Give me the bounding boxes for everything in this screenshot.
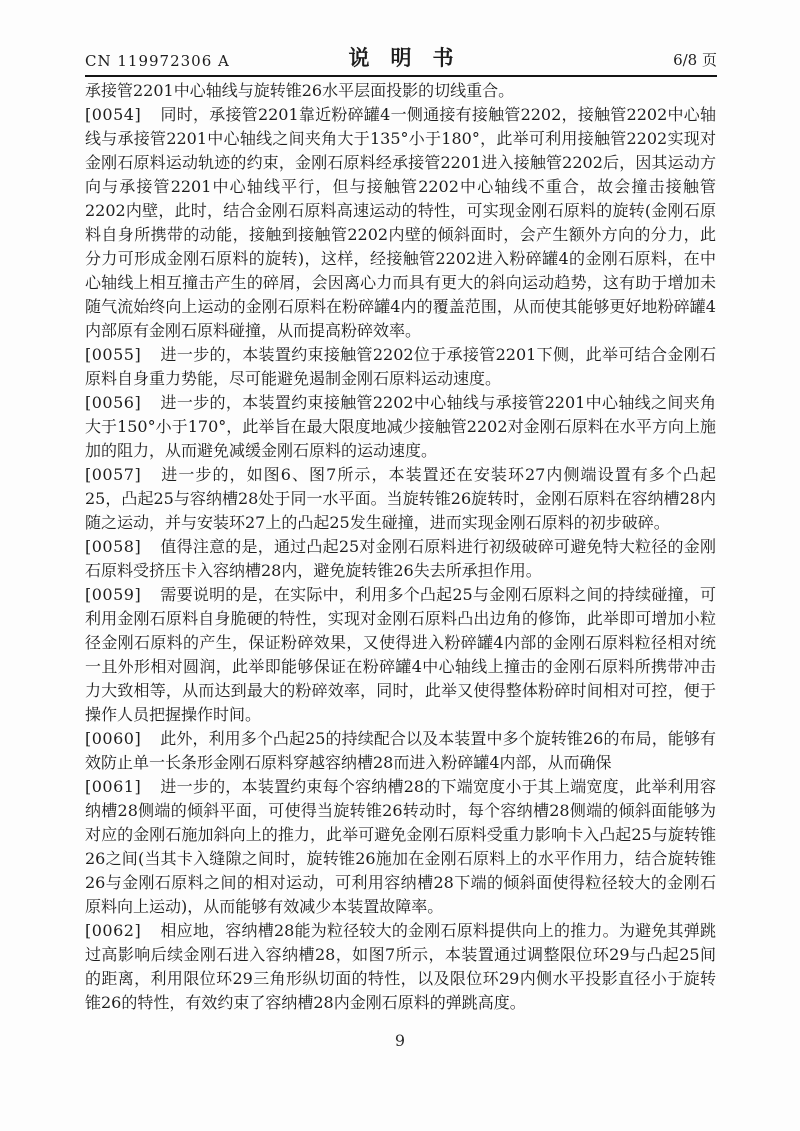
paragraph-text: 进一步的，本装置约束每个容纳槽28的下端宽度小于其上端宽度，此举利用容纳槽28侧… <box>85 777 716 916</box>
document-title: 说 明 书 <box>85 42 717 72</box>
paragraph-text: 进一步的，本装置约束接触管2202位于承接管2201下侧，此举可结合金刚石原料自… <box>85 345 716 388</box>
paragraph-text: 需要说明的是，在实际中，利用多个凸起25与金刚石原料之间的持续碰撞，可利用金刚石… <box>85 585 716 724</box>
paragraph-0062: [0062]相应地，容纳槽28能为粒径较大的金刚石原料提供向上的推力。为避免其弹… <box>85 919 716 1015</box>
paragraph-number: [0061] <box>85 775 141 799</box>
page-footer: 9 <box>0 1031 800 1050</box>
paragraph-0059: [0059]需要说明的是，在实际中，利用多个凸起25与金刚石原料之间的持续碰撞，… <box>85 583 716 727</box>
paragraph-number: [0057] <box>85 463 141 487</box>
paragraph-number: [0060] <box>85 727 141 751</box>
paragraph-number: [0059] <box>85 583 141 607</box>
paragraph-0054: [0054]同时，承接管2201靠近粉碎罐4一侧通接有接触管2202，接触管22… <box>85 103 716 343</box>
header-divider-rule <box>85 75 717 77</box>
paragraph-0056: [0056]进一步的，本装置约束接触管2202中心轴线与承接管2201中心轴线之… <box>85 391 716 463</box>
paragraph-text: 值得注意的是，通过凸起25对金刚石原料进行初级破碎可避免特大粒径的金刚石原料受挤… <box>85 537 716 580</box>
patent-document-page: CN 119972306 A 说 明 书 6/8 页 承接管2201中心轴线与旋… <box>0 0 800 1131</box>
paragraph-number: [0062] <box>85 919 141 943</box>
paragraph-0061: [0061]进一步的，本装置约束每个容纳槽28的下端宽度小于其上端宽度，此举利用… <box>85 775 716 919</box>
paragraph-number: [0054] <box>85 103 141 127</box>
paragraph-0055: [0055]进一步的，本装置约束接触管2202位于承接管2201下侧，此举可结合… <box>85 343 716 391</box>
paragraph-text: 此外，利用多个凸起25的持续配合以及本装置中多个旋转锥26的布局，能够有效防止单… <box>85 729 716 772</box>
paragraph-0058: [0058]值得注意的是，通过凸起25对金刚石原料进行初级破碎可避免特大粒径的金… <box>85 535 716 583</box>
paragraph-number: [0055] <box>85 343 141 367</box>
paragraph-text: 进一步的，如图6、图7所示，本装置还在安装环27内侧端设置有多个凸起25，凸起2… <box>85 465 716 532</box>
paragraph-text: 同时，承接管2201靠近粉碎罐4一侧通接有接触管2202，接触管2202中心轴线… <box>85 105 716 340</box>
paragraph-number: [0058] <box>85 535 141 559</box>
page-indicator: 6/8 页 <box>673 49 717 70</box>
paragraph-text: 相应地，容纳槽28能为粒径较大的金刚石原料提供向上的推力。为避免其弹跳过高影响后… <box>85 921 716 1012</box>
page-number: 9 <box>395 1031 405 1050</box>
specification-body: 承接管2201中心轴线与旋转锥26水平层面投影的切线重合。 [0054]同时，承… <box>85 79 716 1015</box>
paragraph-number: [0056] <box>85 391 141 415</box>
page-header: CN 119972306 A 说 明 书 6/8 页 <box>85 46 717 74</box>
paragraph-text: 进一步的，本装置约束接触管2202中心轴线与承接管2201中心轴线之间夹角大于1… <box>85 393 716 460</box>
paragraph-0057: [0057]进一步的，如图6、图7所示，本装置还在安装环27内侧端设置有多个凸起… <box>85 463 716 535</box>
paragraph-continuation: 承接管2201中心轴线与旋转锥26水平层面投影的切线重合。 <box>85 79 716 103</box>
paragraph-0060: [0060]此外，利用多个凸起25的持续配合以及本装置中多个旋转锥26的布局，能… <box>85 727 716 775</box>
